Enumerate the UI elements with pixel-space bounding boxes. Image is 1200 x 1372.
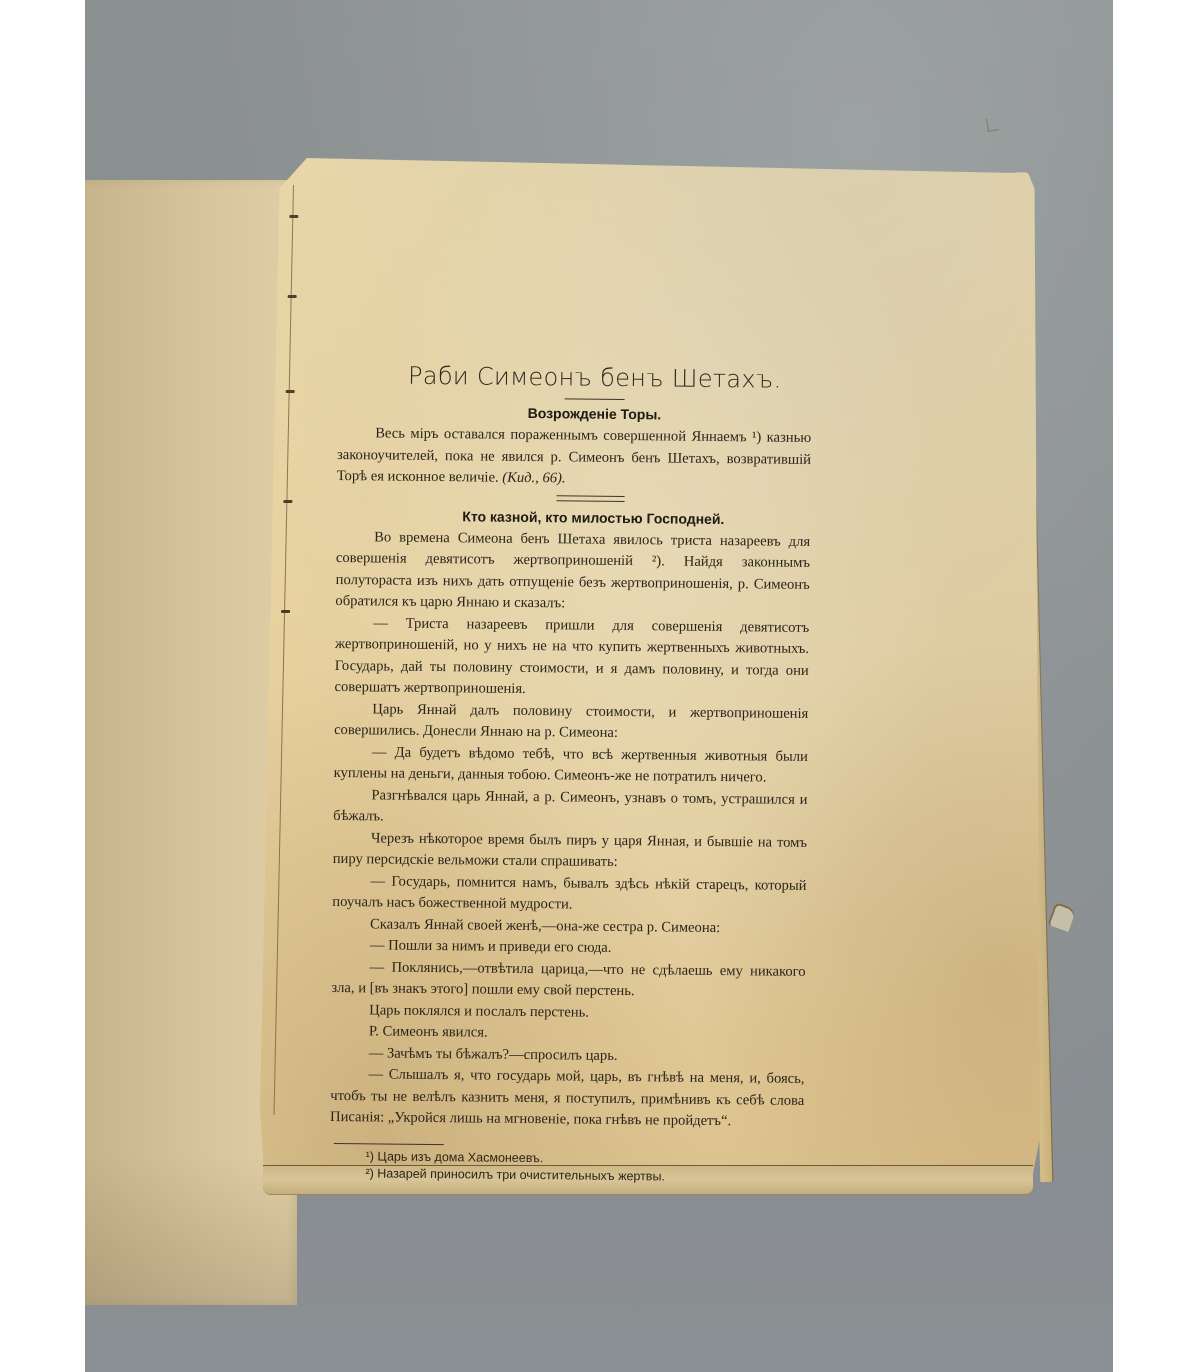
stitch-mark bbox=[281, 610, 290, 613]
paragraph: Во времена Симеона бенъ Шетаха явилось т… bbox=[335, 526, 810, 617]
divider bbox=[565, 398, 625, 400]
paper-tear bbox=[1048, 902, 1077, 932]
section-heading: Кто казной, кто милостью Господней. bbox=[376, 505, 810, 530]
section-heading: Возрожденіе Торы. bbox=[377, 401, 811, 426]
paragraph: Черезъ нѣкоторое время былъ пиръ у царя … bbox=[333, 827, 807, 875]
corner-marking bbox=[986, 117, 999, 131]
stitch-mark bbox=[283, 500, 292, 503]
paragraph: — Слышалъ я, что государь мой, царь, въ … bbox=[330, 1064, 805, 1133]
stitch-mark bbox=[286, 390, 295, 393]
paragraph: — Да будетъ вѣдомо тебѣ, что всѣ жертвен… bbox=[334, 741, 808, 789]
paragraph: — Поклянись,—отвѣтила царица,—что не сдѣ… bbox=[331, 956, 805, 1004]
citation: (Кид., 66). bbox=[502, 470, 565, 487]
stitch-mark bbox=[288, 295, 297, 298]
double-divider bbox=[557, 495, 625, 502]
paragraph: — Государь, помнится намъ, бывалъ здѣсь … bbox=[332, 870, 806, 918]
paragraph: — Триста назареевъ пришли для совершенія… bbox=[334, 612, 809, 703]
page-text: Раби Симеонъ бенъ Шетахъ. Возрожденіе То… bbox=[329, 360, 812, 1186]
paragraph: Весь міръ оставался пораженнымъ совершен… bbox=[337, 423, 812, 492]
page-title: Раби Симеонъ бенъ Шетахъ. bbox=[378, 360, 812, 395]
paragraph: Разгнѣвался царь Яннай, а р. Симеонъ, уз… bbox=[333, 784, 807, 832]
stitch-mark bbox=[289, 215, 298, 218]
paragraph: Царь Яннай далъ половину стоимости, и же… bbox=[334, 698, 808, 746]
footnote-divider bbox=[334, 1142, 444, 1144]
